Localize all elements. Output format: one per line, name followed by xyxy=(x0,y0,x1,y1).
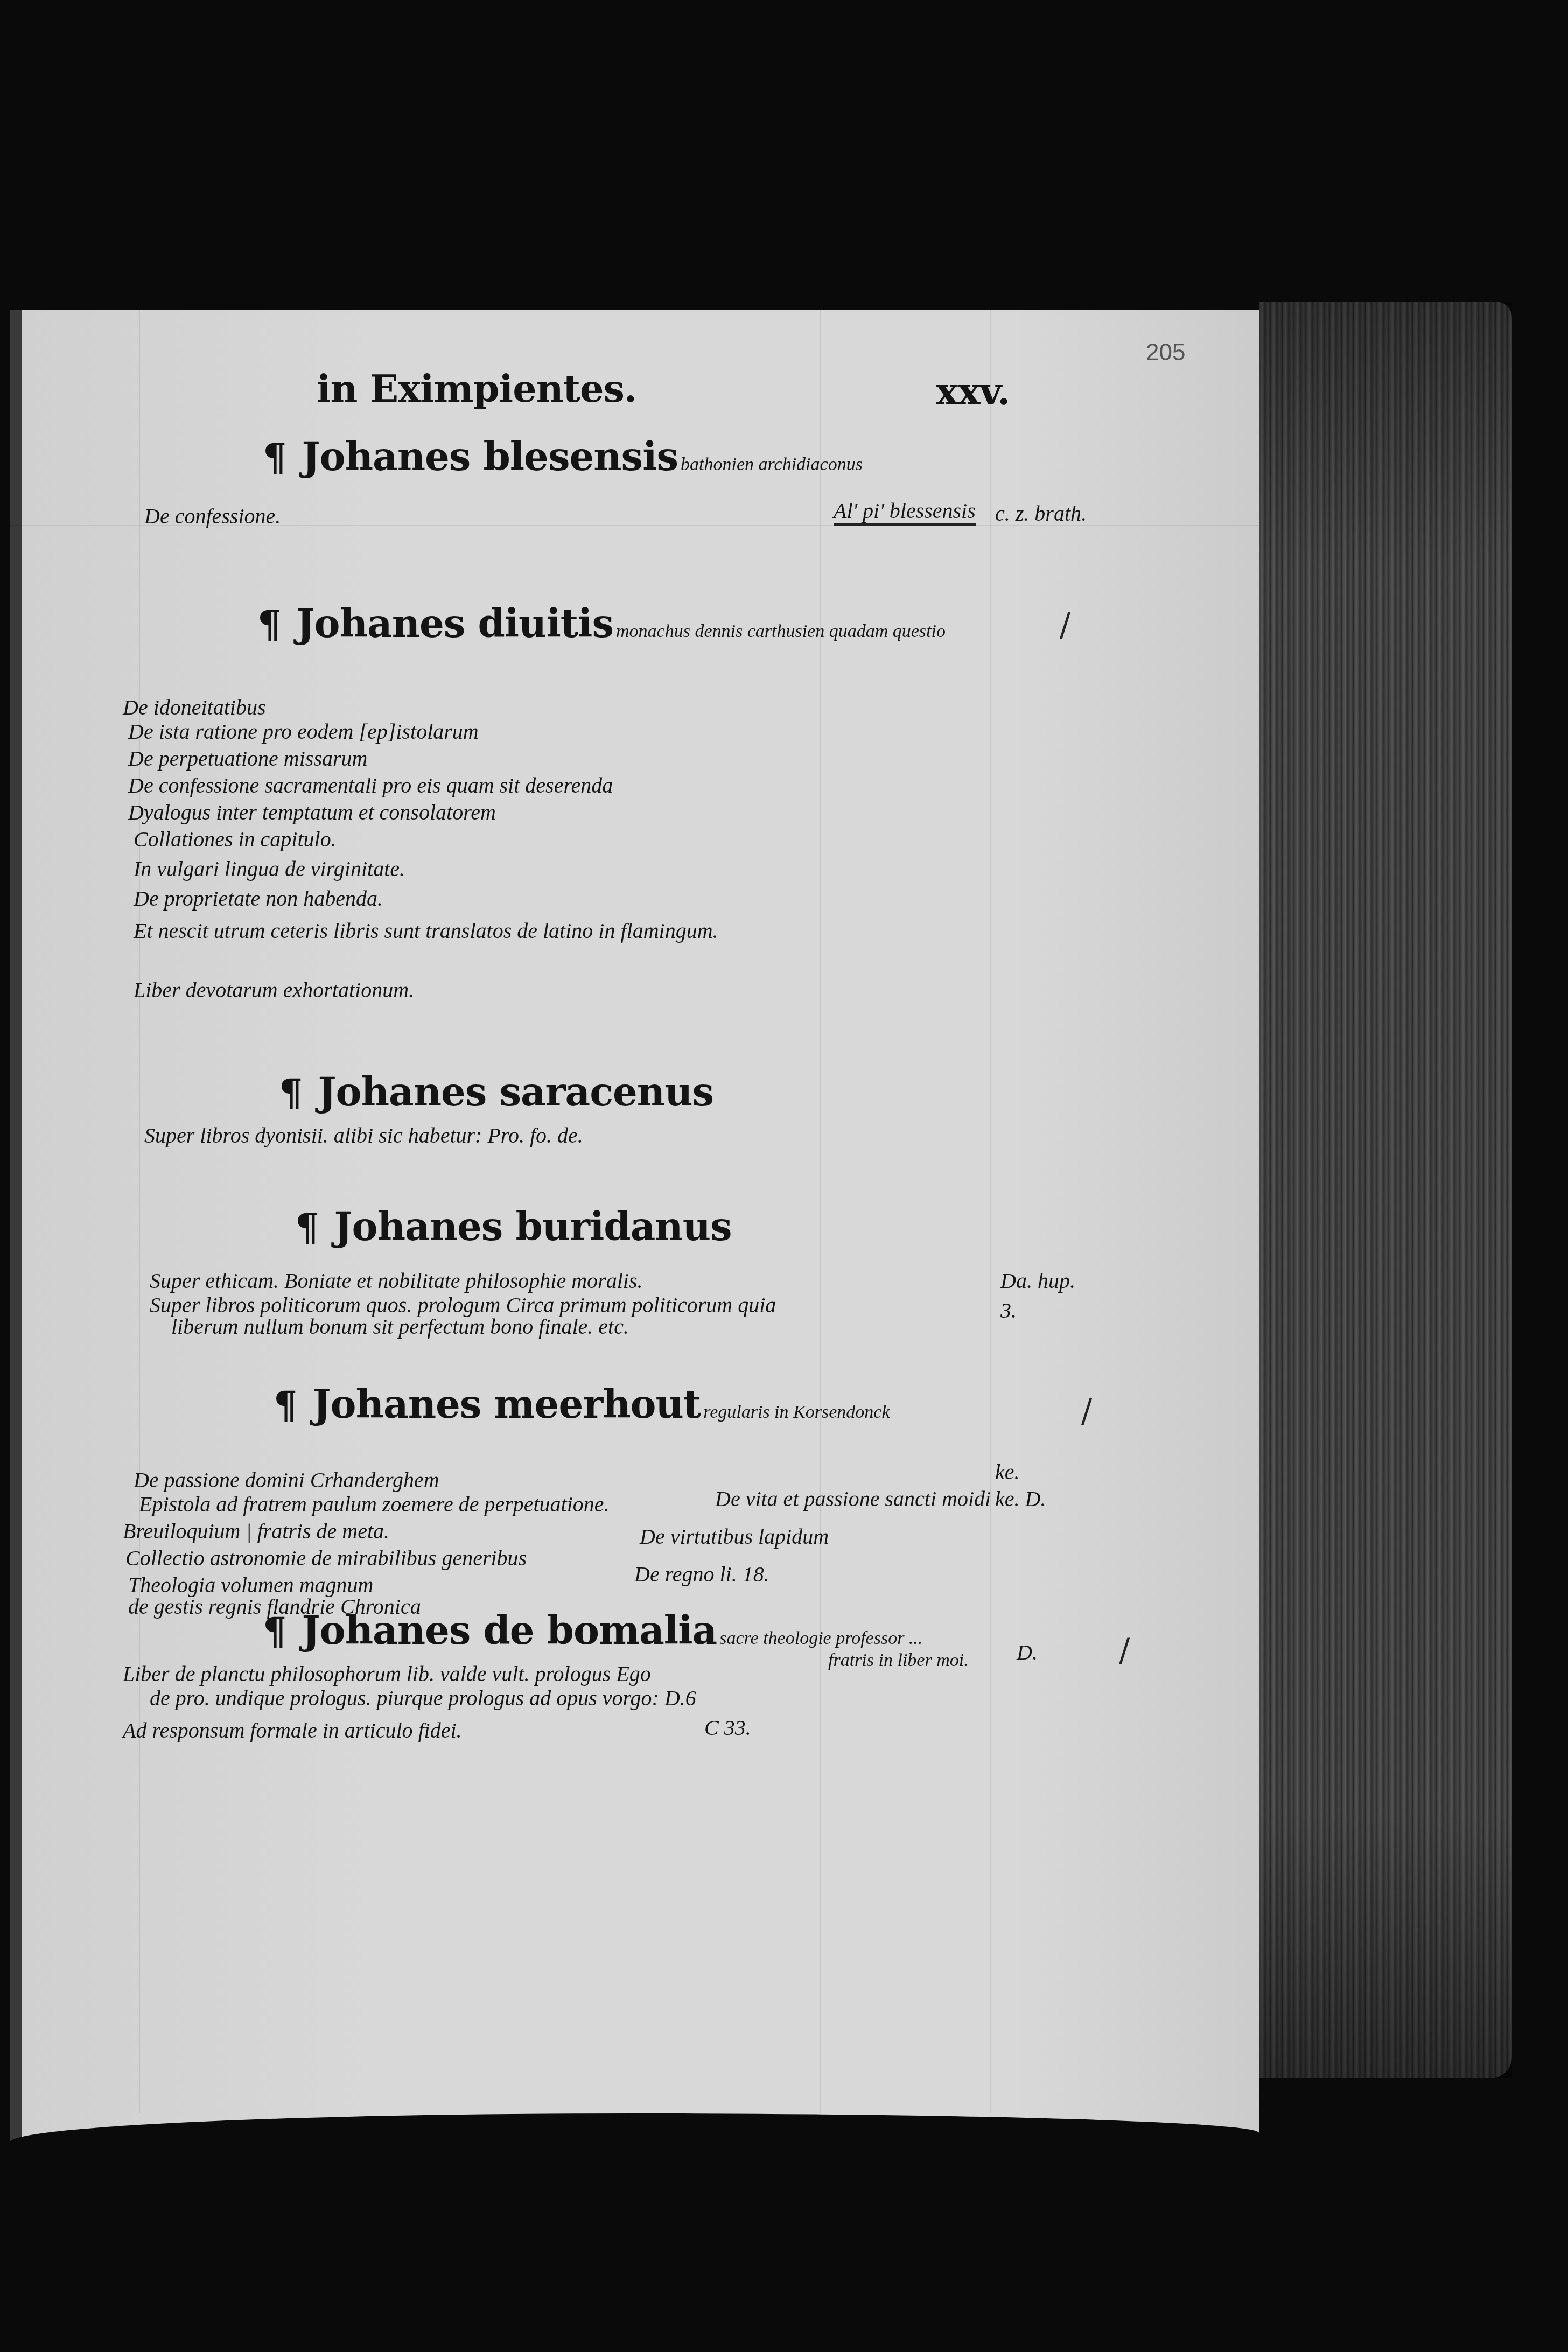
work-title: De passione domini Crhanderghem xyxy=(134,1467,439,1493)
folio-number: 205 xyxy=(1146,339,1185,366)
shelf-mark: Da. hup. xyxy=(1000,1268,1075,1293)
pilcrow-icon: ¶ xyxy=(279,1070,303,1115)
work-title: De proprietate non habenda. xyxy=(134,886,383,911)
shelf-mark: ke. xyxy=(995,1459,1020,1485)
work-title: Liber devotarum exhortationum. xyxy=(134,977,414,1003)
work-title: Liber de planctu philosophorum lib. vald… xyxy=(123,1661,651,1686)
work-title: De idoneitatibus xyxy=(123,695,266,720)
pilcrow-icon: ¶ xyxy=(295,1205,319,1249)
margin-mark: / xyxy=(1119,1632,1130,1669)
work-title: De perpetuatione missarum xyxy=(128,746,367,771)
pilcrow-icon: ¶ xyxy=(257,601,282,646)
side-note: fratris in liber moi. xyxy=(828,1650,969,1671)
work-title: liberum nullum bonum sit perfectum bono … xyxy=(171,1314,629,1339)
work-title: De regno li. 18. xyxy=(634,1562,769,1587)
work-title: Dyalogus inter temptatum et consolatorem xyxy=(128,800,496,825)
shelf-mark: C 33. xyxy=(704,1715,751,1740)
author-heading: ¶Johanes saracenus xyxy=(279,1069,713,1115)
work-title: De virtutibus lapidum xyxy=(640,1524,829,1549)
work-title: Breuiloquium | fratris de meta. xyxy=(123,1518,389,1544)
ruling-line xyxy=(139,310,140,2113)
author-heading: ¶Johanes buridanus xyxy=(295,1203,732,1249)
shelf-note: Al' pi' blessensis xyxy=(834,498,976,526)
margin-mark: / xyxy=(1060,606,1070,643)
work-title: Collationes in capitulo. xyxy=(134,827,337,852)
shelf-mark: D. xyxy=(1017,1640,1038,1665)
shelf-mark: c. z. brath. xyxy=(995,501,1087,526)
work-title: de pro. undique prologus. piurque prolog… xyxy=(150,1685,696,1711)
work-title: Super libros dyonisii. alibi sic habetur… xyxy=(144,1123,583,1148)
author-heading: ¶Johanes blesensis bathonien archidiacon… xyxy=(263,433,863,479)
shelf-mark: ke. D. xyxy=(995,1486,1046,1511)
work-title: Epistola ad fratrem paulum zoemere de pe… xyxy=(139,1492,610,1517)
pilcrow-icon: ¶ xyxy=(274,1382,298,1427)
margin-mark: / xyxy=(1081,1392,1092,1430)
page-bottom-shadow xyxy=(10,2113,1259,2162)
work-title: De confessione. xyxy=(144,503,281,529)
pilcrow-icon: ¶ xyxy=(263,1608,287,1653)
fore-edge-shadow xyxy=(1259,302,1512,2078)
work-title: Collectio astronomie de mirabilibus gene… xyxy=(125,1545,527,1571)
pilcrow-icon: ¶ xyxy=(263,435,287,479)
page-gutter xyxy=(10,310,22,2157)
work-title: De vita et passione sancti moidi xyxy=(715,1486,991,1511)
work-title: De ista ratione pro eodem [ep]istolarum xyxy=(128,719,479,744)
running-header: in Eximpientes. xyxy=(317,366,636,411)
work-title: Super ethicam. Boniate et nobilitate phi… xyxy=(150,1268,642,1293)
shelf-mark: 3. xyxy=(1000,1298,1017,1323)
chapter-numeral: xxv. xyxy=(936,369,1010,414)
ruling-line xyxy=(990,310,991,2113)
work-title: Ad responsum formale in articulo fidei. xyxy=(123,1718,462,1743)
work-title: Et nescit utrum ceteris libris sunt tran… xyxy=(134,918,718,943)
author-heading: ¶Johanes meerhout regularis in Korsendon… xyxy=(274,1381,890,1427)
author-heading: ¶Johanes diuitis monachus dennis carthus… xyxy=(257,600,946,646)
work-title: De confessione sacramentali pro eis quam… xyxy=(128,773,613,798)
ruling-line xyxy=(820,310,821,2113)
manuscript-page: in Eximpientes. xxv. 205 ¶Johanes blesen… xyxy=(10,310,1259,2157)
work-title: In vulgari lingua de virginitate. xyxy=(134,856,405,881)
author-heading: ¶Johanes de bomalia sacre theologie prof… xyxy=(263,1607,922,1653)
